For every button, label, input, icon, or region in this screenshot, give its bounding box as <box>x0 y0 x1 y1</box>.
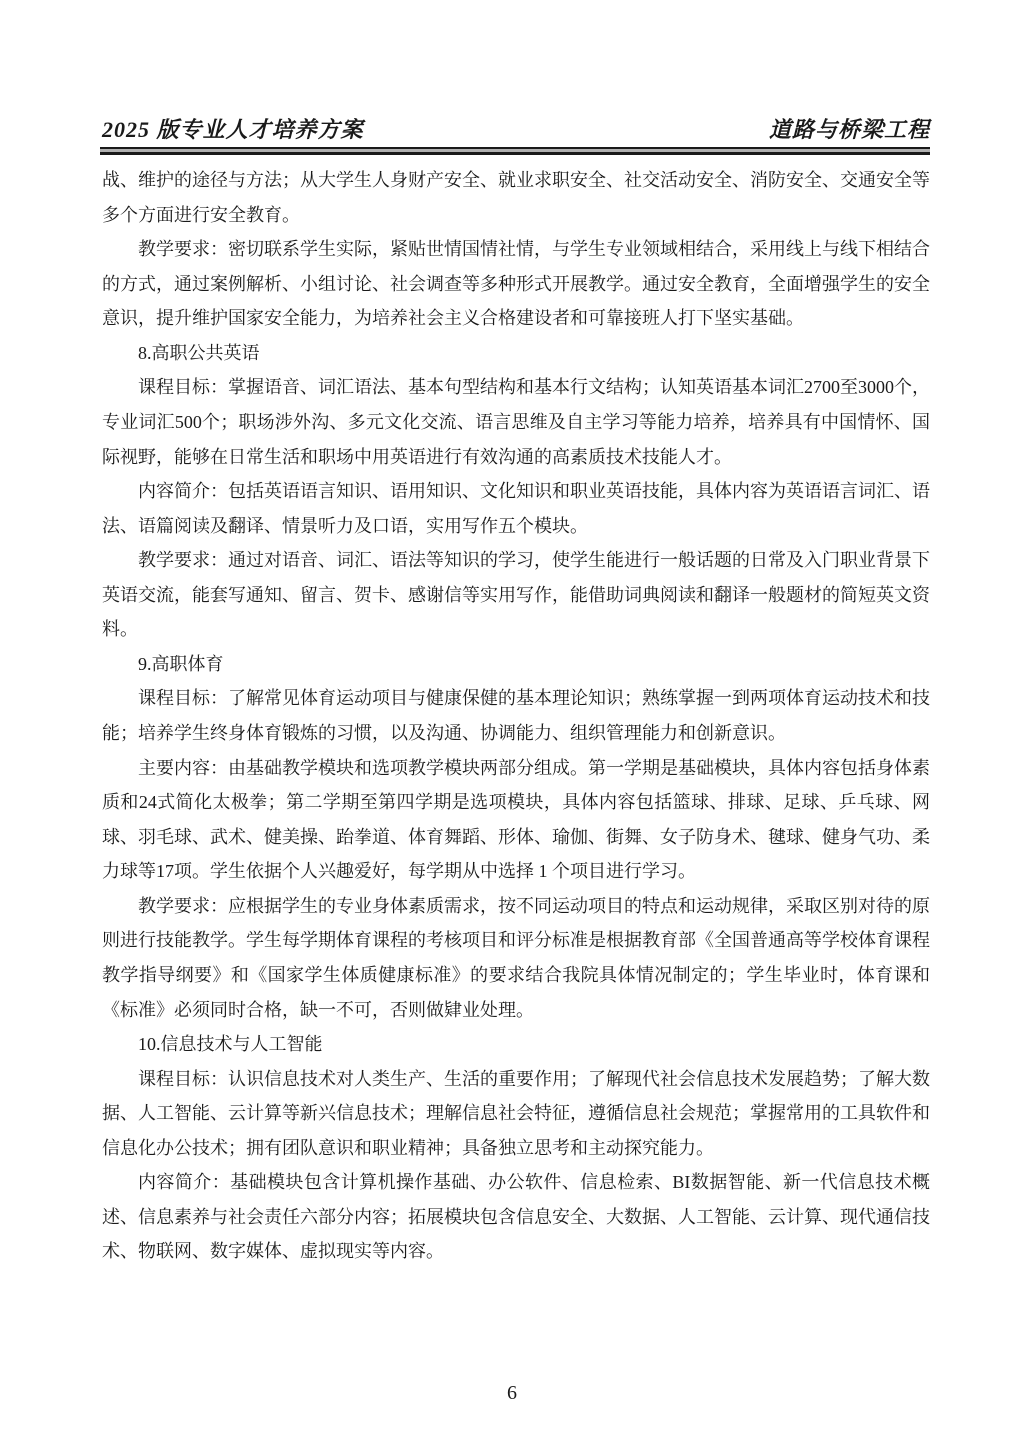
paragraph-course-objectives-english: 课程目标：掌握语音、词汇语法、基本句型结构和基本行文结构；认知英语基本词汇270… <box>102 370 930 474</box>
section-heading-public-english: 8.高职公共英语 <box>102 336 930 371</box>
section-heading-pe: 9.高职体育 <box>102 647 930 682</box>
continuation-paragraph-safety-education: 战、维护的途径与方法；从大学生人身财产安全、就业求职安全、社交活动安全、消防安全… <box>102 163 930 232</box>
paragraph-course-objectives-pe: 课程目标：了解常见体育运动项目与健康保健的基本理论知识；熟练掌握一到两项体育运动… <box>102 681 930 750</box>
paragraph-teaching-requirements-safety: 教学要求：密切联系学生实际，紧贴世情国情社情，与学生专业领域相结合，采用线上与线… <box>102 232 930 336</box>
header-rule <box>100 147 930 155</box>
paragraph-teaching-requirements-english: 教学要求：通过对语音、词汇、语法等知识的学习，使学生能进行一般话题的日常及入门职… <box>102 543 930 647</box>
page-number: 6 <box>507 1382 517 1404</box>
paragraph-course-objectives-it: 课程目标：认识信息技术对人类生产、生活的重要作用；了解现代社会信息技术发展趋势；… <box>102 1062 930 1166</box>
document-page: 2025 版专业人才培养方案 道路与桥梁工程 战、维护的途径与方法；从大学生人身… <box>0 0 1024 1448</box>
section-heading-it-ai: 10.信息技术与人工智能 <box>102 1027 930 1062</box>
header-right-title: 道路与桥梁工程 <box>769 113 930 144</box>
paragraph-content-intro-english: 内容简介：包括英语语言知识、语用知识、文化知识和职业英语技能，具体内容为英语语言… <box>102 474 930 543</box>
page-header: 2025 版专业人才培养方案 道路与桥梁工程 <box>102 113 930 144</box>
document-body: 战、维护的途径与方法；从大学生人身财产安全、就业求职安全、社交活动安全、消防安全… <box>102 163 930 1269</box>
header-left-title: 2025 版专业人才培养方案 <box>102 113 364 144</box>
paragraph-main-content-pe: 主要内容：由基础教学模块和选项教学模块两部分组成。第一学期是基础模块，具体内容包… <box>102 751 930 889</box>
paragraph-content-intro-it: 内容简介：基础模块包含计算机操作基础、办公软件、信息检索、BI数据智能、新一代信… <box>102 1165 930 1269</box>
page-footer: 6 <box>0 1382 1024 1405</box>
paragraph-teaching-requirements-pe: 教学要求：应根据学生的专业身体素质需求，按不同运动项目的特点和运动规律，采取区别… <box>102 889 930 1027</box>
